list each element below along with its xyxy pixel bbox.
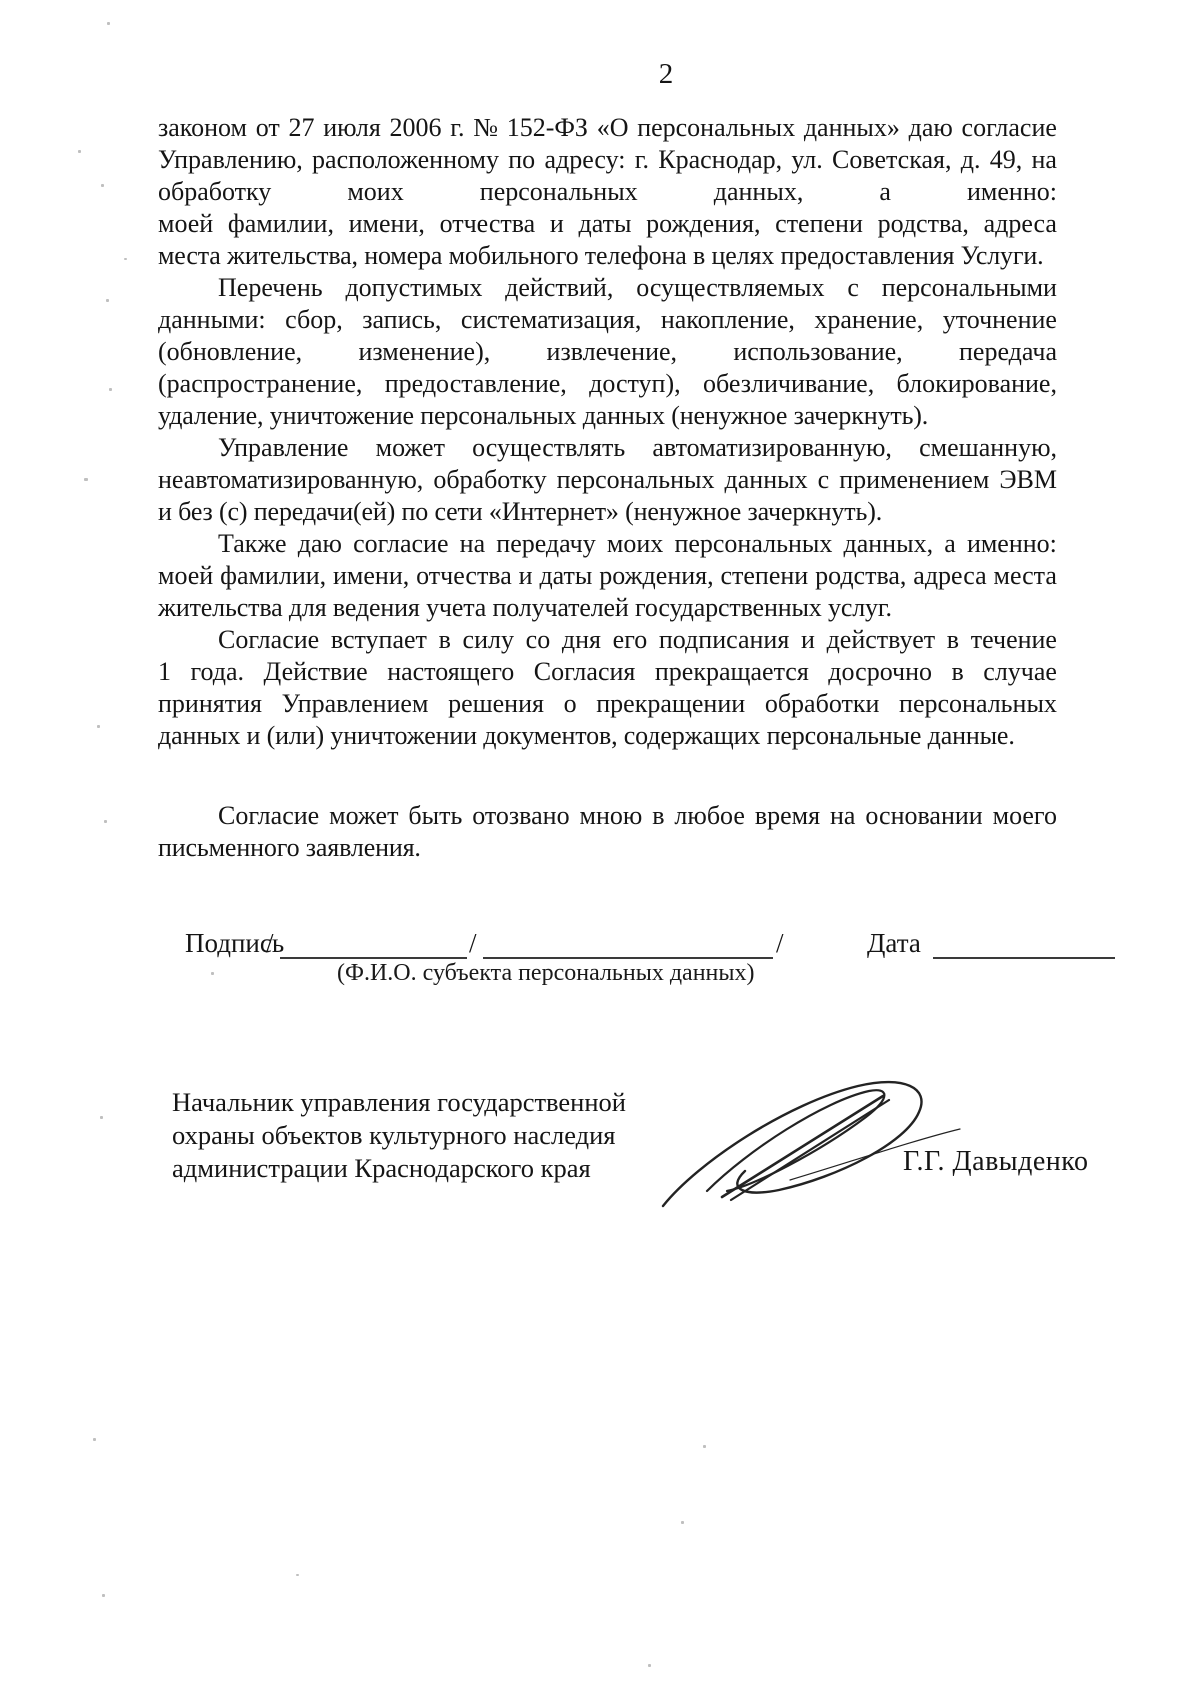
fio-caption: (Ф.И.О. субъекта персональных данных) <box>337 960 755 987</box>
text-line: места жительства, номера мобильного теле… <box>158 240 1057 272</box>
text-line: (обновление,изменение),извлечение,исполь… <box>158 336 1057 368</box>
scan-speckle <box>84 478 88 481</box>
page-number: 2 <box>606 58 726 91</box>
date-blank <box>933 928 1115 959</box>
scan-speckle <box>97 725 100 728</box>
text-line: моейфамилии,имени,отчестваидатырождения,… <box>158 208 1057 240</box>
signoff-title-line: администрации Краснодарского края <box>172 1152 692 1185</box>
paragraph: Переченьдопустимыхдействий,осуществляемы… <box>158 272 1057 432</box>
scan-speckle <box>124 258 127 260</box>
date-label: Дата <box>867 926 921 960</box>
text-line: письменного заявления. <box>158 832 1057 864</box>
text-line: и без (с) передачи(ей) по сети «Интернет… <box>158 496 1057 528</box>
scan-speckle <box>296 1574 299 1576</box>
scan-speckle <box>703 1445 706 1448</box>
signoff-title: Начальник управления государственной охр… <box>172 1086 692 1185</box>
text-line: неавтоматизированную,обработкуперсональн… <box>158 464 1057 496</box>
paragraph: Такжедаюсогласиенапередачумоихперсональн… <box>158 528 1057 624</box>
text-line: жительства для ведения учета получателей… <box>158 592 1057 624</box>
scanned-document-page: 2 закономот27июля2006г.№152-ФЗ«Оперсонал… <box>0 0 1200 1697</box>
scan-speckle <box>681 1521 684 1524</box>
text-line: Согласиевступаетвсилусодняегоподписанияи… <box>158 624 1057 656</box>
text-line: моейфамилии,имени,отчестваидатырождения,… <box>158 560 1057 592</box>
signature-row: Подпись / / / Дата <box>158 926 1118 960</box>
signoff-title-line: охраны объектов культурного наследия <box>172 1119 692 1152</box>
fio-blank <box>483 928 773 959</box>
scan-speckle <box>100 1116 103 1119</box>
text-line: Управлениеможетосуществлятьавтоматизиров… <box>158 432 1057 464</box>
slash-separator: / <box>469 926 477 960</box>
scan-speckle <box>107 22 110 25</box>
document-body: закономот27июля2006г.№152-ФЗ«Оперсональн… <box>158 112 1057 864</box>
handwritten-signature-icon <box>615 1068 975 1220</box>
text-line: 1года.ДействиенастоящегоСогласияпрекраща… <box>158 656 1057 688</box>
scan-speckle <box>104 820 107 823</box>
signature-blank <box>280 928 467 959</box>
slash-separator: / <box>266 926 274 960</box>
text-line: Управлению,расположенномупоадресу:г.Крас… <box>158 144 1057 176</box>
paragraph: закономот27июля2006г.№152-ФЗ«Оперсональн… <box>158 112 1057 272</box>
text-line: закономот27июля2006г.№152-ФЗ«Оперсональн… <box>158 112 1057 144</box>
scan-speckle <box>101 184 104 187</box>
scan-speckle <box>648 1664 651 1667</box>
text-line: Такжедаюсогласиенапередачумоихперсональн… <box>158 528 1057 560</box>
text-line: принятияУправлениемрешенияопрекращенииоб… <box>158 688 1057 720</box>
slash-separator: / <box>776 926 784 960</box>
text-line: Переченьдопустимыхдействий,осуществляемы… <box>158 272 1057 304</box>
text-line: данных и (или) уничтожении документов, с… <box>158 720 1057 752</box>
scan-speckle <box>93 1438 96 1441</box>
text-line: удаление, уничтожение персональных данны… <box>158 400 1057 432</box>
text-line: данными:сбор,запись,систематизация,накоп… <box>158 304 1057 336</box>
signoff-title-line: Начальник управления государственной <box>172 1086 692 1119</box>
text-line: (распространение,предоставление,доступ),… <box>158 368 1057 400</box>
paragraph: Согласиевступаетвсилусодняегоподписанияи… <box>158 624 1057 752</box>
signoff-name: Г.Г. Давыденко <box>903 1146 1088 1178</box>
paragraph: Согласиеможетбытьотозваномноювлюбоевремя… <box>158 800 1057 864</box>
scan-speckle <box>106 299 109 302</box>
text-line: Согласиеможетбытьотозваномноювлюбоевремя… <box>158 800 1057 832</box>
scan-speckle <box>78 150 81 153</box>
scan-speckle <box>109 388 112 391</box>
scan-speckle <box>102 1594 105 1597</box>
paragraph: Управлениеможетосуществлятьавтоматизиров… <box>158 432 1057 528</box>
text-line: обработкумоихперсональныхданных,аименно: <box>158 176 1057 208</box>
scan-speckle <box>228 1140 231 1143</box>
scan-speckle <box>211 972 214 975</box>
